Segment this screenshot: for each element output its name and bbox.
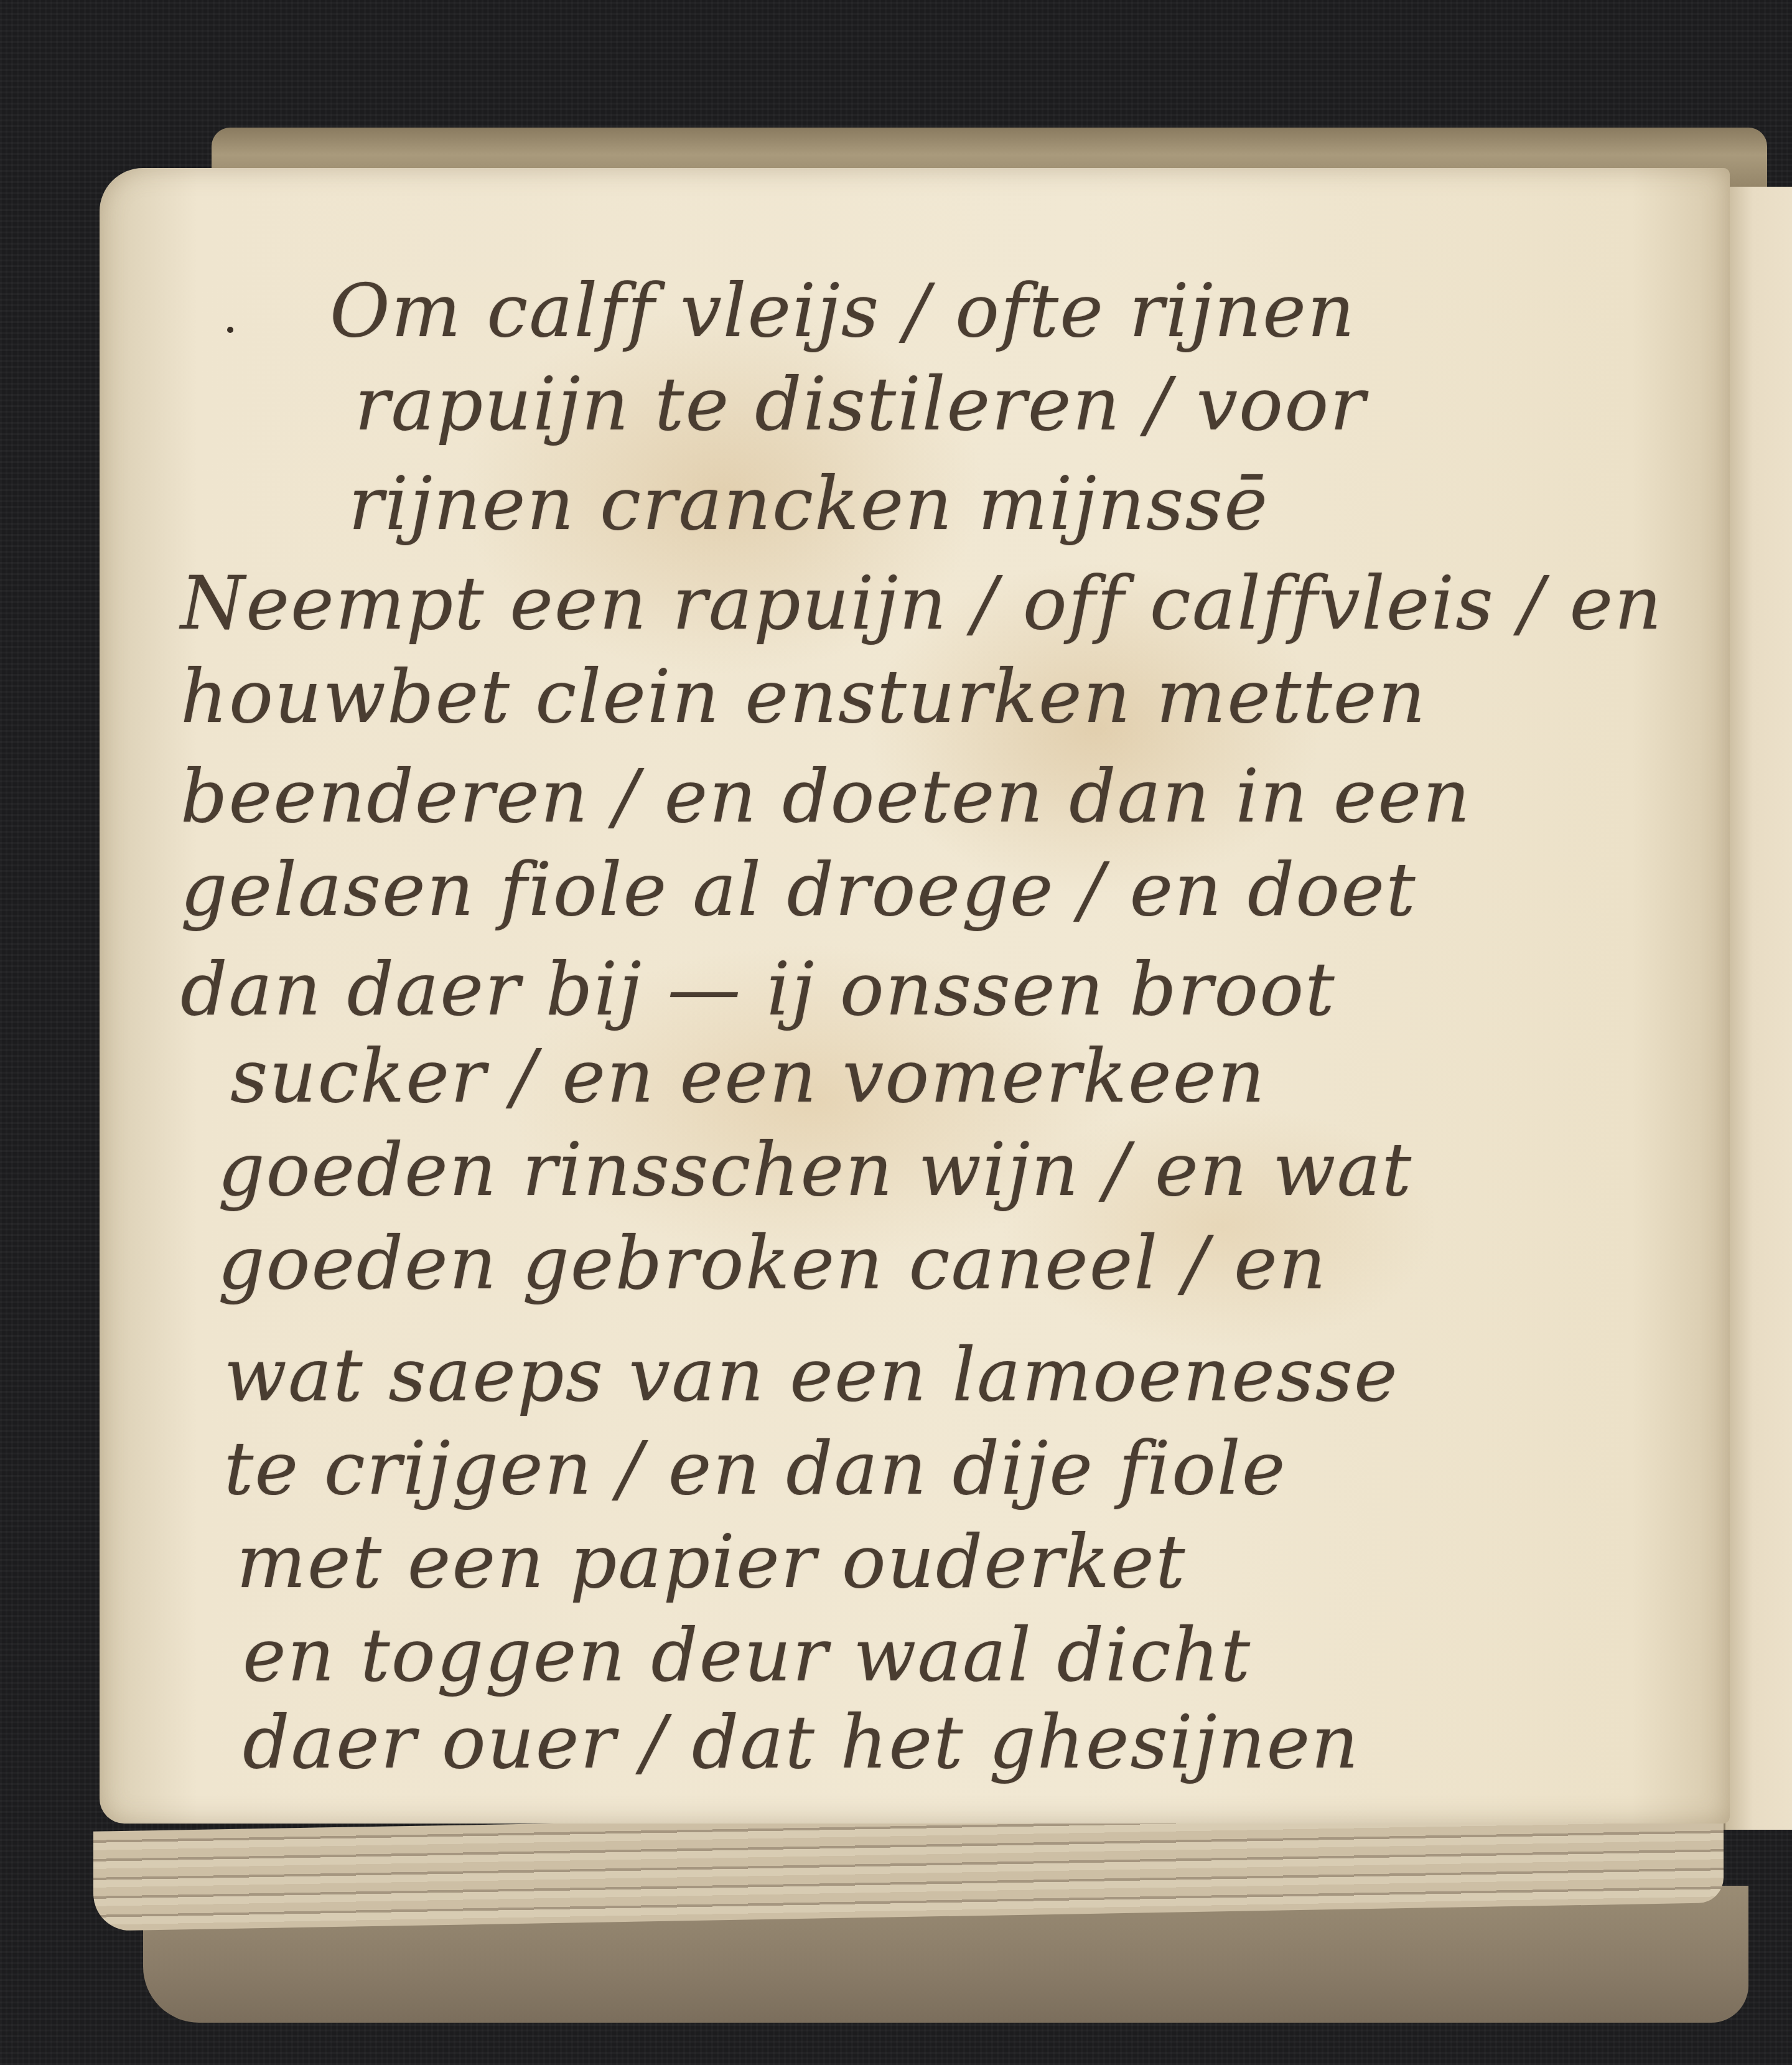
manuscript-page: Om calff vleijs / ofte rijnenrapuijn te …: [100, 168, 1730, 1824]
manuscript-line: goeden gebroken caneel / en: [218, 1226, 1327, 1299]
manuscript-line: gelasen fiole al droege / en doet: [180, 853, 1417, 926]
manuscript-line: met een papier ouderket: [236, 1525, 1186, 1598]
manuscript-line: rijnen crancken mijnssē: [348, 467, 1269, 540]
facing-page-edge: [1724, 187, 1792, 1830]
manuscript-line: houwbet clein ensturken metten: [180, 660, 1427, 733]
manuscript-line: beenderen / en doeten dan in een: [180, 759, 1471, 833]
manuscript-line: daer ouer / dat het ghesijnen: [243, 1705, 1360, 1779]
manuscript-line: Om calff vleijs / ofte rijnen: [330, 274, 1356, 347]
manuscript-line: te crijgen / en dan dije fiole: [224, 1431, 1287, 1505]
manuscript-line: rapuijn te distileren / voor: [355, 367, 1366, 441]
manuscript-line: goeden rinsschen wijn / en wat: [218, 1133, 1412, 1206]
manuscript-line: wat saeps van een lamoenesse: [224, 1338, 1399, 1412]
manuscript-line: Neempt een rapuijn / off calffvleis / en: [180, 566, 1663, 640]
manuscript-line: dan daer bij — ij onssen broot: [180, 952, 1336, 1026]
manuscript-line: sucker / en een vomerkeen: [230, 1039, 1266, 1113]
manuscript-line: en toggen deur waal dicht: [243, 1618, 1251, 1692]
handwritten-text-block: Om calff vleijs / ofte rijnenrapuijn te …: [100, 168, 1730, 1824]
